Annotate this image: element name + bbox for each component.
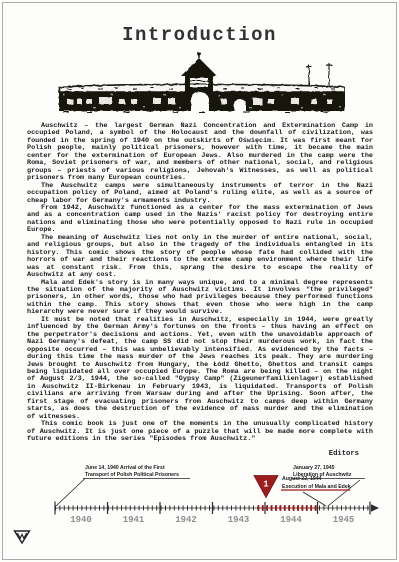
intro-paragraph: Auschwitz – the largest German Nazi Conc…	[27, 123, 373, 183]
timeline: June 14, 1940 Arrival of the First Trans…	[18, 460, 386, 524]
event-marker-number: 1	[263, 480, 269, 490]
year-label: 1942	[175, 515, 197, 524]
event-label: Liberation of Auschwitz	[293, 472, 352, 478]
intro-paragraph: The Auschwitz camps were simultaneously …	[27, 183, 373, 205]
intro-paragraph: The meaning of Auschwitz lies not only i…	[27, 235, 373, 280]
birkenau-gate-illustration	[53, 52, 345, 114]
event-label: June 14, 1940 Arrival of the First	[85, 465, 165, 471]
intro-paragraph: From 1942, Auschwitz functioned as a cen…	[27, 205, 373, 235]
year-label: 1945	[333, 515, 355, 524]
year-label: 1941	[123, 515, 145, 524]
antenna-poles	[306, 63, 332, 85]
document-page: Introduction	[0, 0, 399, 562]
year-label: 1943	[228, 515, 250, 524]
side-arch	[234, 99, 246, 111]
timeline-year-labels: 1940 1941 1942 1943 1944 1945	[70, 515, 354, 524]
article-body: Auschwitz – the largest German Nazi Conc…	[27, 123, 373, 459]
intro-paragraph: It must be noted that realities in Ausch…	[27, 317, 373, 421]
timeline-event-liberation: January 27, 1945 Liberation of Auschwitz	[291, 465, 365, 479]
intro-paragraph: This comic book is just one of the momen…	[27, 421, 373, 443]
page-title: Introduction	[0, 24, 399, 46]
event-date: January 27, 1945	[293, 465, 335, 471]
publisher-mark-icon	[13, 529, 31, 545]
birkenau-gate-drawing-icon	[53, 52, 345, 114]
year-label: 1940	[70, 515, 92, 524]
event-label: Transport of Polish Political Prisoners	[85, 472, 179, 478]
event-label: Execution of Mala and Edek	[282, 484, 351, 490]
timeline-arrowhead-icon	[371, 504, 379, 512]
intro-paragraph: Mala and Edek's story is in many ways un…	[27, 280, 373, 317]
gate-tower	[181, 52, 217, 94]
timeline-leader-lines	[56, 479, 360, 507]
editors-signature: Editors	[27, 451, 373, 458]
timeline-event-first-transport: June 14, 1940 Arrival of the First Trans…	[83, 465, 190, 479]
year-label: 1944	[280, 515, 302, 524]
gate-arch	[191, 92, 209, 111]
